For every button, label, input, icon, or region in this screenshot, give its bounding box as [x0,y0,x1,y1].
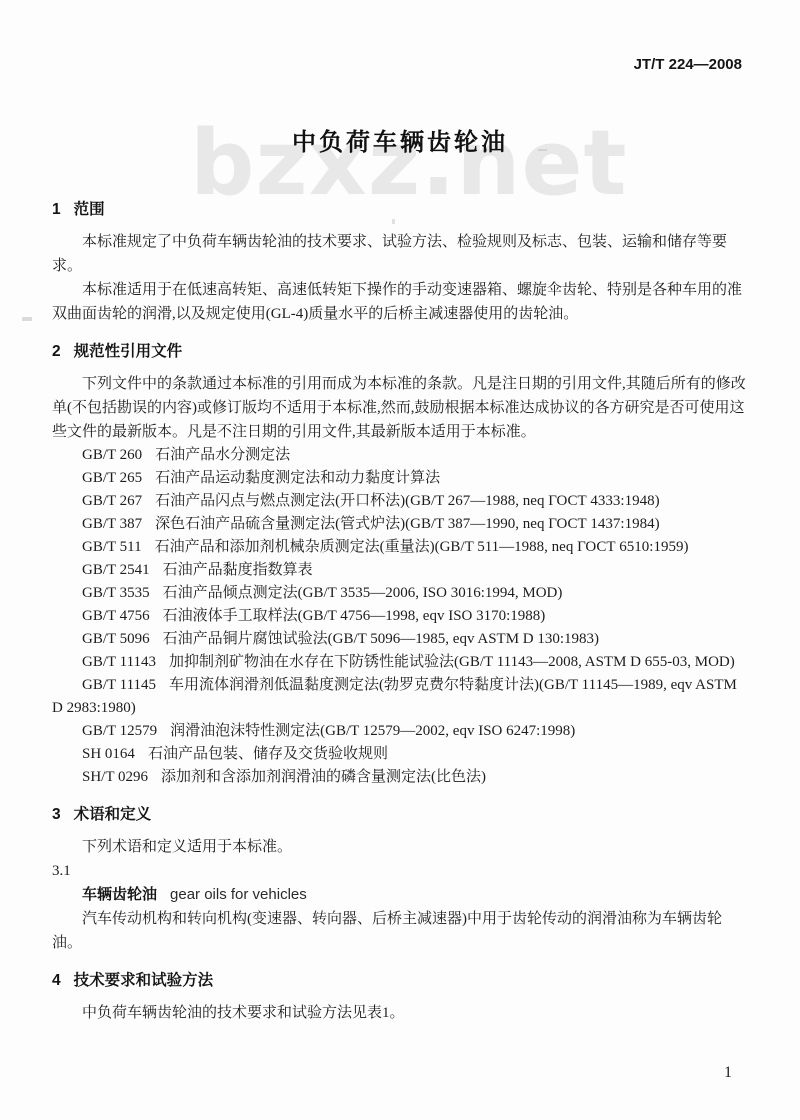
section-title: 技术要求和试验方法 [74,972,214,989]
reference-item: GB/T 265石油产品运动黏度测定法和动力黏度计算法 [52,467,750,490]
reference-item: GB/T 11145车用流体润滑剂低温黏度测定法(勃罗克费尔特黏度计法)(GB/… [52,674,750,720]
reference-code: SH 0164 [82,746,135,762]
reference-item: GB/T 12579润滑油泡沫特性测定法(GB/T 12579—2002, eq… [52,720,750,743]
reference-code: GB/T 511 [82,539,142,555]
reference-title: 石油产品和添加剂机械杂质测定法(重量法)(GB/T 511—1988, neq … [155,539,689,555]
scope-paragraph-1: 本标准规定了中负荷车辆齿轮油的技术要求、试验方法、检验规则及标志、包装、运输和储… [52,230,750,278]
reference-item: GB/T 2541石油产品黏度指数算表 [52,559,750,582]
reference-code: GB/T 387 [82,516,142,532]
reference-title: 深色石油产品硫含量测定法(管式炉法)(GB/T 387—1990, neq ГО… [155,516,659,532]
reference-code: GB/T 12579 [82,723,157,739]
reference-title: 石油产品黏度指数算表 [163,562,313,578]
reference-code: GB/T 4756 [82,608,150,624]
reference-code: GB/T 267 [82,493,142,509]
standard-number: JT/T 224—2008 [634,56,742,73]
term-chinese: 车辆齿轮油 [82,886,157,903]
document-page: bzxz.net JT/T 224—2008 中负荷车辆齿轮油 1范围 本标准规… [0,0,800,1120]
scan-artifact [22,317,32,321]
reference-item: SH 0164石油产品包装、储存及交货验收规则 [52,743,750,766]
reference-title: 石油产品包装、储存及交货验收规则 [148,746,388,762]
section-number: 4 [52,972,61,989]
section-heading-normative-references: 2规范性引用文件 [52,340,750,364]
reference-item: GB/T 3535石油产品倾点测定法(GB/T 3535—2006, ISO 3… [52,582,750,605]
section-number: 2 [52,343,61,360]
reference-code: GB/T 2541 [82,562,150,578]
term-item-number: 3.1 [52,859,750,883]
scope-paragraph-2: 本标准适用于在低速高转矩、高速低转矩下操作的手动变速器箱、螺旋伞齿轮、特别是各种… [52,278,750,326]
section-title: 术语和定义 [74,806,152,823]
reference-item: GB/T 387深色石油产品硫含量测定法(管式炉法)(GB/T 387—1990… [52,513,750,536]
reference-code: GB/T 265 [82,470,142,486]
term-definition: 汽车传动机构和转向机构(变速器、转向器、后桥主减速器)中用于齿轮传动的润滑油称为… [52,907,750,955]
reference-code: GB/T 11143 [82,654,156,670]
reference-title: 石油产品倾点测定法(GB/T 3535—2006, ISO 3016:1994,… [163,585,563,601]
reference-title: 石油产品运动黏度测定法和动力黏度计算法 [155,470,440,486]
reference-item: SH/T 0296添加剂和含添加剂润滑油的磷含量测定法(比色法) [52,766,750,789]
reference-item: GB/T 11143加抑制剂矿物油在水存在下防锈性能试验法(GB/T 11143… [52,651,750,674]
term-english: gear oils for vehicles [170,886,307,903]
reference-item: GB/T 511石油产品和添加剂机械杂质测定法(重量法)(GB/T 511—19… [52,536,750,559]
reference-title: 石油液体手工取样法(GB/T 4756—1998, eqv ISO 3170:1… [163,608,546,624]
reference-list: GB/T 260石油产品水分测定法 GB/T 265石油产品运动黏度测定法和动力… [52,444,750,789]
reference-title: 加抑制剂矿物油在水存在下防锈性能试验法(GB/T 11143—2008, AST… [169,654,735,670]
reference-code: GB/T 5096 [82,631,150,647]
reference-code: GB/T 260 [82,447,142,463]
technical-paragraph: 中负荷车辆齿轮油的技术要求和试验方法见表1。 [52,1001,750,1025]
reference-title: 石油产品闪点与燃点测定法(开口杯法)(GB/T 267—1988, neq ГО… [155,493,659,509]
reference-code: GB/T 3535 [82,585,150,601]
reference-code: GB/T 11145 [82,677,156,693]
reference-title: 石油产品水分测定法 [155,447,290,463]
section-number: 1 [52,201,61,218]
section-title: 范围 [74,201,105,218]
reference-code: SH/T 0296 [82,769,148,785]
reference-title: 添加剂和含添加剂润滑油的磷含量测定法(比色法) [161,769,486,785]
reference-title: 润滑油泡沫特性测定法(GB/T 12579—2002, eqv ISO 6247… [170,723,575,739]
section-heading-scope: 1范围 [52,198,750,222]
section-title: 规范性引用文件 [74,343,183,360]
references-intro: 下列文件中的条款通过本标准的引用而成为本标准的条款。凡是注日期的引用文件,其随后… [52,372,750,444]
reference-item: GB/T 267石油产品闪点与燃点测定法(开口杯法)(GB/T 267—1988… [52,490,750,513]
reference-item: GB/T 4756石油液体手工取样法(GB/T 4756—1998, eqv I… [52,605,750,628]
terms-intro: 下列术语和定义适用于本标准。 [52,835,750,859]
reference-item: GB/T 260石油产品水分测定法 [52,444,750,467]
section-heading-technical: 4技术要求和试验方法 [52,969,750,993]
section-number: 3 [52,806,61,823]
section-heading-terms: 3术语和定义 [52,803,750,827]
reference-item: GB/T 5096石油产品铜片腐蚀试验法(GB/T 5096—1985, eqv… [52,628,750,651]
document-body: 1范围 本标准规定了中负荷车辆齿轮油的技术要求、试验方法、检验规则及标志、包装、… [52,198,750,1025]
reference-title: 石油产品铜片腐蚀试验法(GB/T 5096—1985, eqv ASTM D 1… [163,631,599,647]
term-entry: 车辆齿轮油gear oils for vehicles [52,883,750,907]
page-number: 1 [724,1064,732,1082]
document-title: 中负荷车辆齿轮油 [0,122,800,157]
